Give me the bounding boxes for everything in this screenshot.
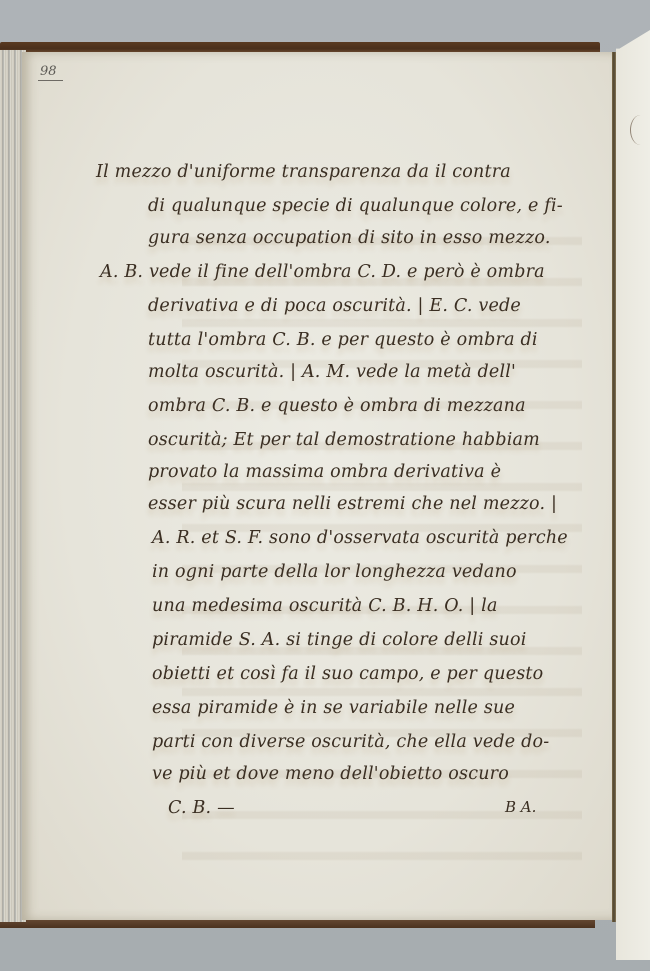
facing-page-edge	[616, 30, 650, 960]
text-line: ombra C. B. e questo è ombra di mezzana	[148, 396, 526, 416]
text-line: tutta l'ombra C. B. e per questo è ombra…	[148, 330, 538, 350]
text-line: obietti et così fa il suo campo, e per q…	[152, 664, 543, 684]
book-gutter	[612, 52, 616, 922]
text-line: ve più et dove meno dell'obietto oscuro	[152, 764, 509, 784]
folio-number: 98	[38, 64, 63, 81]
text-line: C. B. —	[168, 798, 235, 818]
facing-page-ink-mark	[630, 115, 650, 145]
text-line: oscurità; Et per tal demostratione habbi…	[148, 430, 540, 450]
text-line: di qualunque specie di qualunque colore,…	[148, 196, 563, 216]
text-line: A. B. vede il fine dell'ombra C. D. e pe…	[100, 262, 545, 282]
text-line: provato la massima ombra derivativa è	[148, 462, 501, 482]
text-line: A. R. et S. F. sono d'osservata oscurità…	[152, 528, 568, 548]
text-line: derivativa e di poca oscurità. | E. C. v…	[148, 296, 521, 316]
text-line: in ogni parte della lor longhezza vedano	[152, 562, 517, 582]
text-line: molta oscurità. | A. M. vede la metà del…	[148, 362, 516, 382]
catchword: B A.	[505, 798, 536, 816]
text-line: piramide S. A. si tinge di colore delli …	[152, 630, 527, 650]
text-line: parti con diverse oscurità, che ella ved…	[152, 732, 549, 752]
manuscript-page	[22, 52, 614, 920]
text-line: una medesima oscurità C. B. H. O. | la	[152, 596, 498, 616]
text-line: essa piramide è in se variabile nelle su…	[152, 698, 515, 718]
text-line: Il mezzo d'uniforme transparenza da il c…	[96, 162, 511, 182]
text-line: gura senza occupation di sito in esso me…	[148, 228, 551, 248]
text-line: esser più scura nelli estremi che nel me…	[148, 494, 557, 514]
